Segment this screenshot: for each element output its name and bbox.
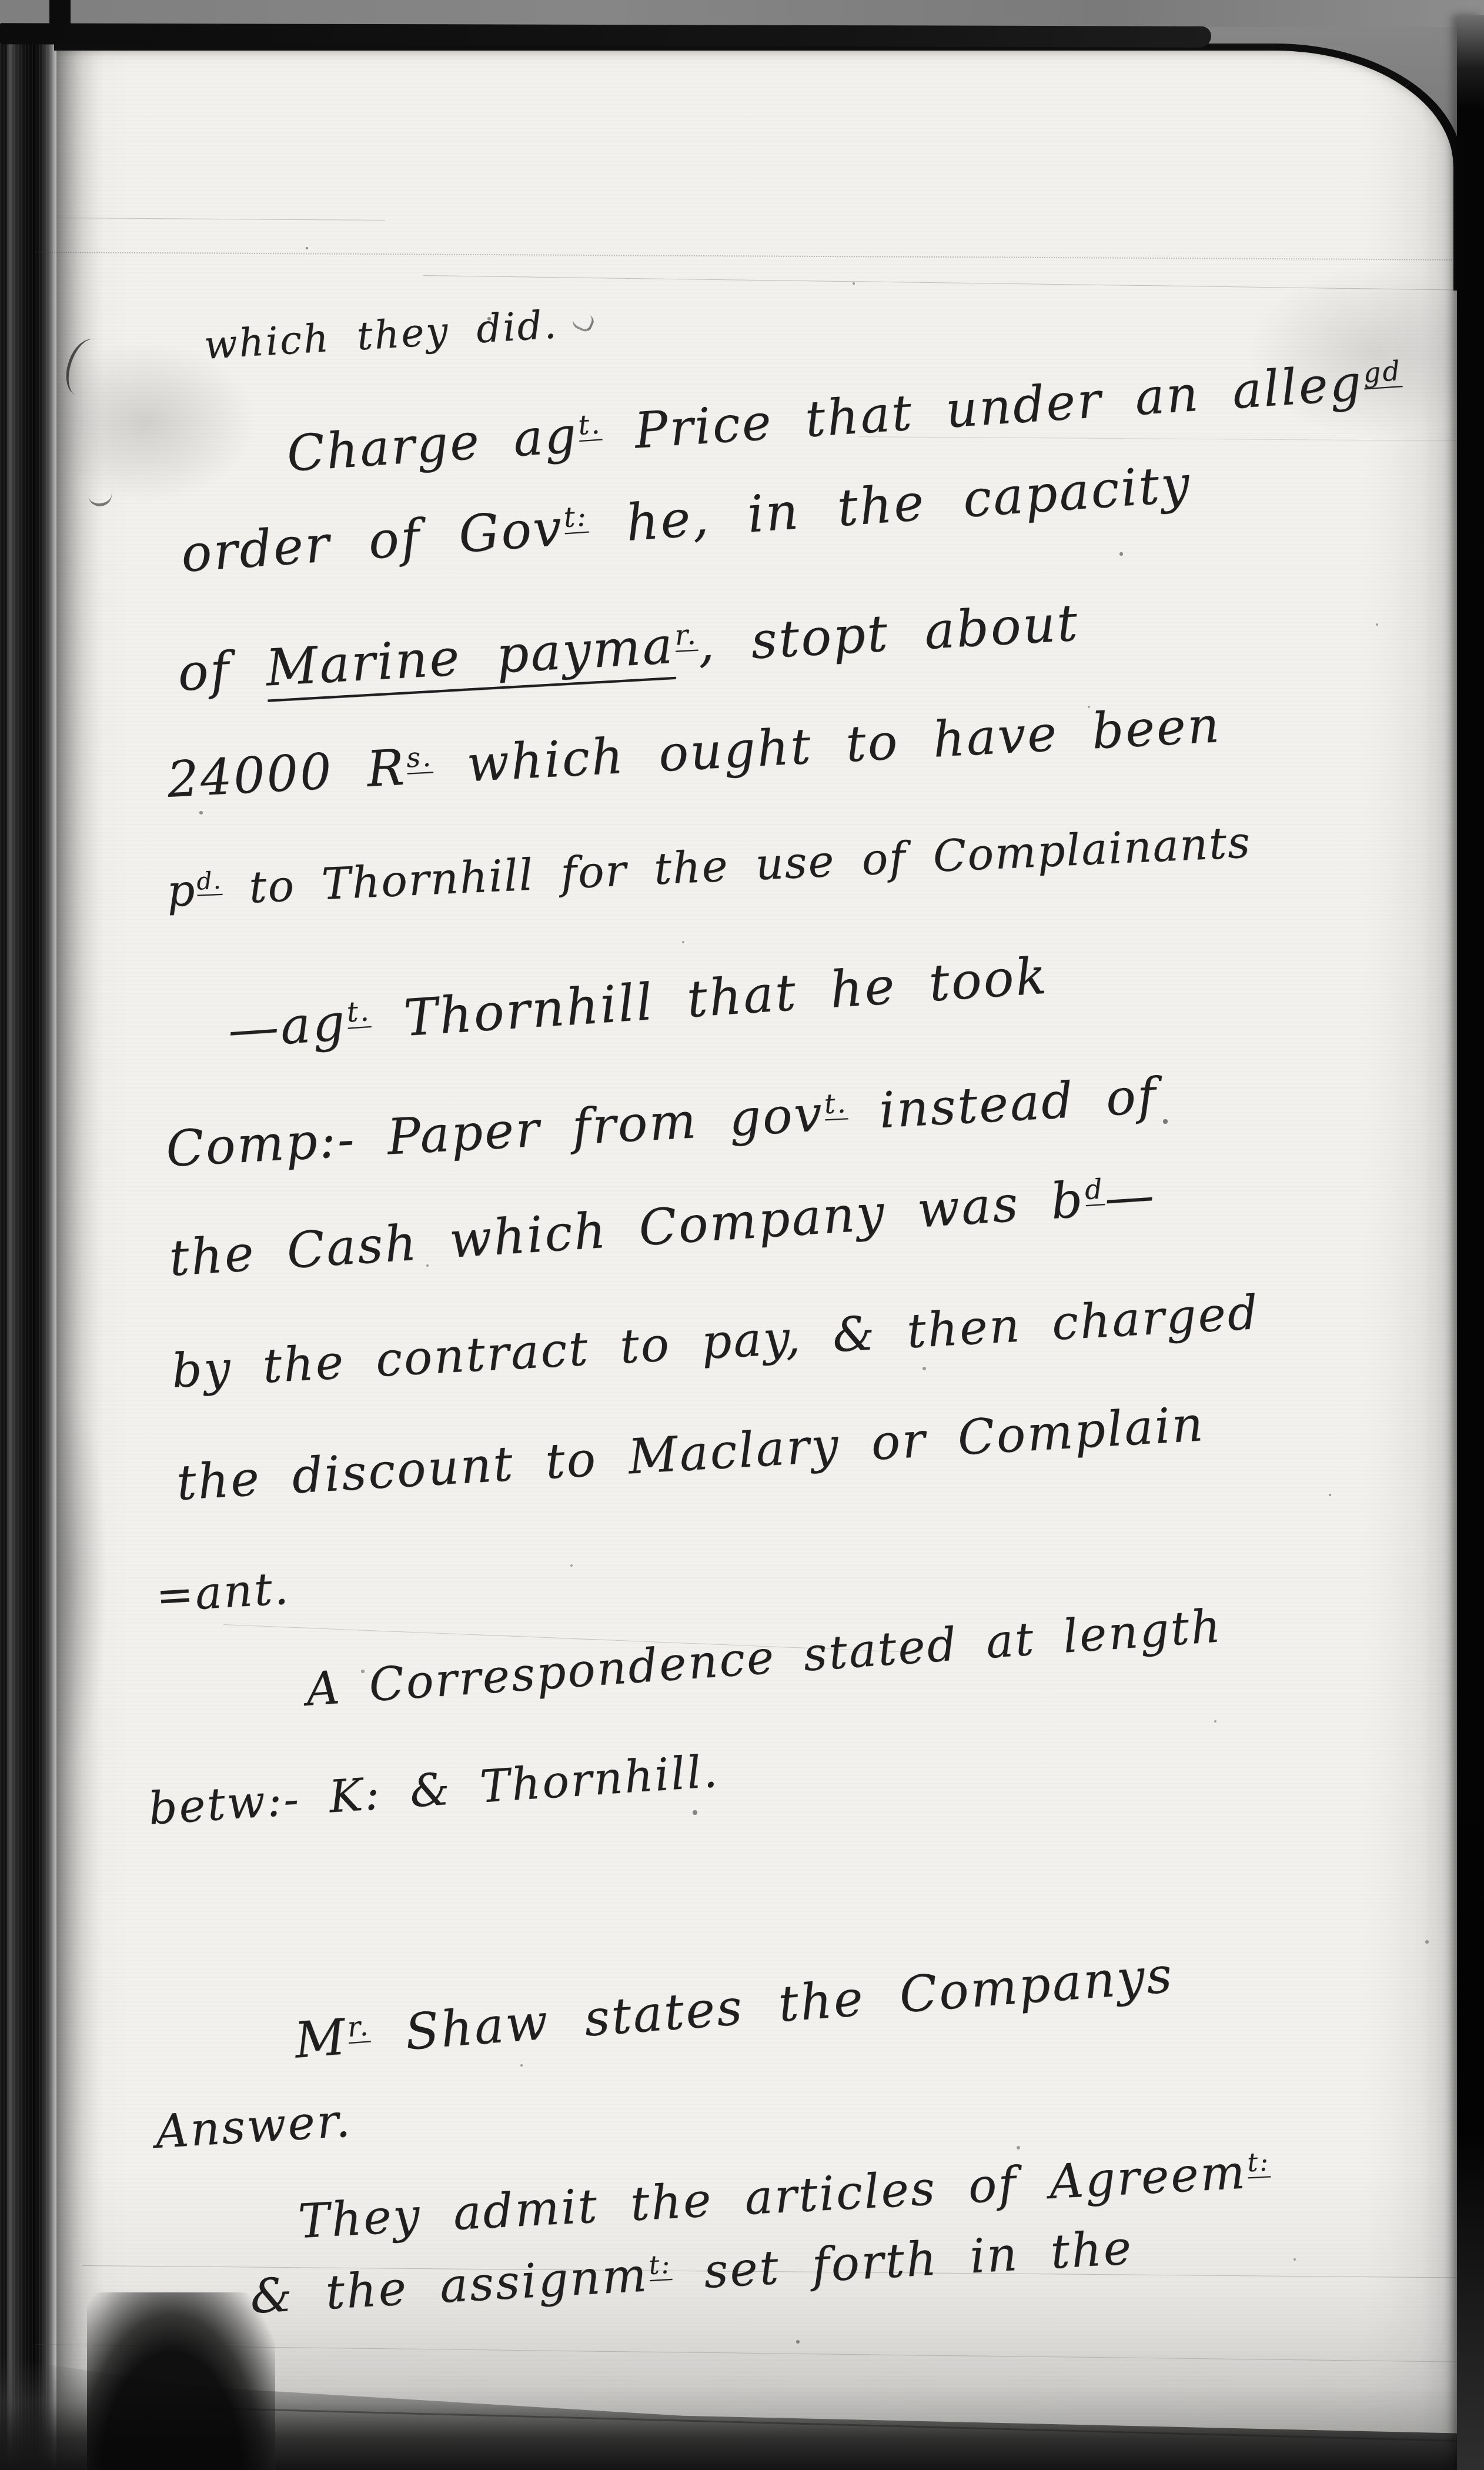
superscript-abbreviation: r. bbox=[346, 2010, 371, 2043]
book-binding bbox=[0, 27, 59, 2470]
text-segment: of bbox=[176, 639, 268, 703]
text-segment: M bbox=[293, 2008, 349, 2069]
superscript-abbreviation: gd bbox=[1362, 355, 1403, 389]
superscript-abbreviation: t. bbox=[823, 1087, 848, 1120]
paper-speckles bbox=[306, 247, 308, 249]
text-segment: =ant. bbox=[155, 1562, 292, 1622]
scan-right-edge bbox=[1457, 15, 1484, 2470]
text-segment: — bbox=[1102, 1166, 1157, 1227]
scanner-background-top bbox=[0, 0, 1484, 27]
manuscript-line: =ant. bbox=[155, 1563, 291, 1620]
manuscript-scan: which they did. Charge agt. Price that u… bbox=[0, 0, 1484, 2470]
text-segment: —ag bbox=[226, 993, 349, 1060]
superscript-abbreviation: s. bbox=[406, 740, 433, 773]
text-segment: p bbox=[166, 865, 197, 917]
superscript-abbreviation: t. bbox=[346, 995, 372, 1029]
superscript-abbreviation: d bbox=[1084, 1173, 1105, 1206]
superscript-abbreviation: t: bbox=[648, 2249, 672, 2281]
superscript-abbreviation: d. bbox=[196, 866, 222, 896]
superscript-abbreviation: r. bbox=[674, 619, 698, 652]
clamp-shadow bbox=[87, 2292, 275, 2470]
page-top-edge-band bbox=[0, 23, 1211, 47]
superscript-abbreviation: t: bbox=[1246, 2147, 1271, 2178]
manuscript-line: Answer. bbox=[154, 2096, 353, 2158]
superscript-abbreviation: t: bbox=[563, 500, 589, 535]
superscript-abbreviation: t. bbox=[577, 408, 603, 440]
